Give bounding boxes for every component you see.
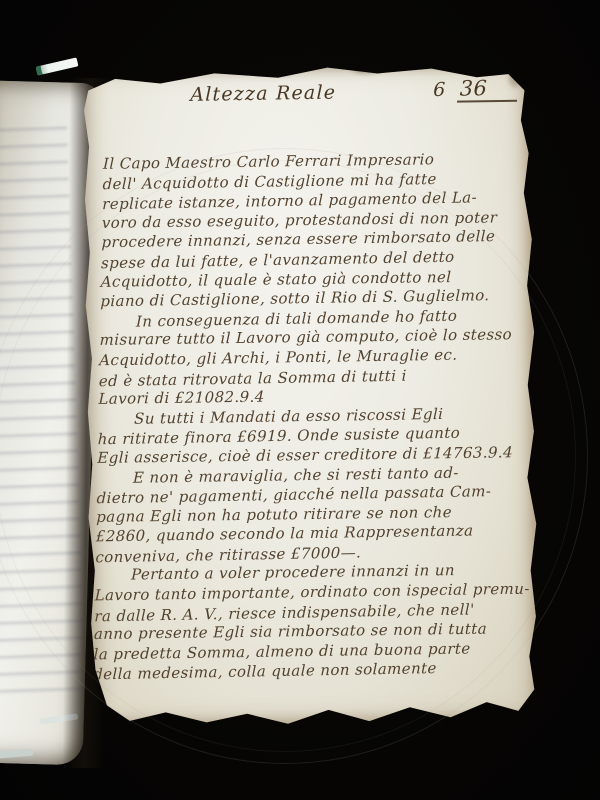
- folio-number: 636: [433, 79, 517, 103]
- bookmark-tab: [36, 57, 79, 75]
- ink-stain: [353, 66, 379, 73]
- letter-body: Il Capo Maestro Carlo Ferrari Impresario…: [93, 149, 518, 685]
- manuscript-photo: Altezza Reale 636 Il Capo Maestro Carlo …: [0, 0, 600, 800]
- manuscript-page: Altezza Reale 636 Il Capo Maestro Carlo …: [79, 60, 541, 729]
- folio-number-right: 36: [458, 79, 518, 103]
- handwritten-text-block: Altezza Reale 636 Il Capo Maestro Carlo …: [93, 77, 519, 685]
- salutation: Altezza Reale: [190, 84, 336, 106]
- page-header: Altezza Reale 636: [104, 77, 520, 114]
- folio-number-left: 6: [433, 79, 446, 101]
- ink-stain: [275, 70, 291, 75]
